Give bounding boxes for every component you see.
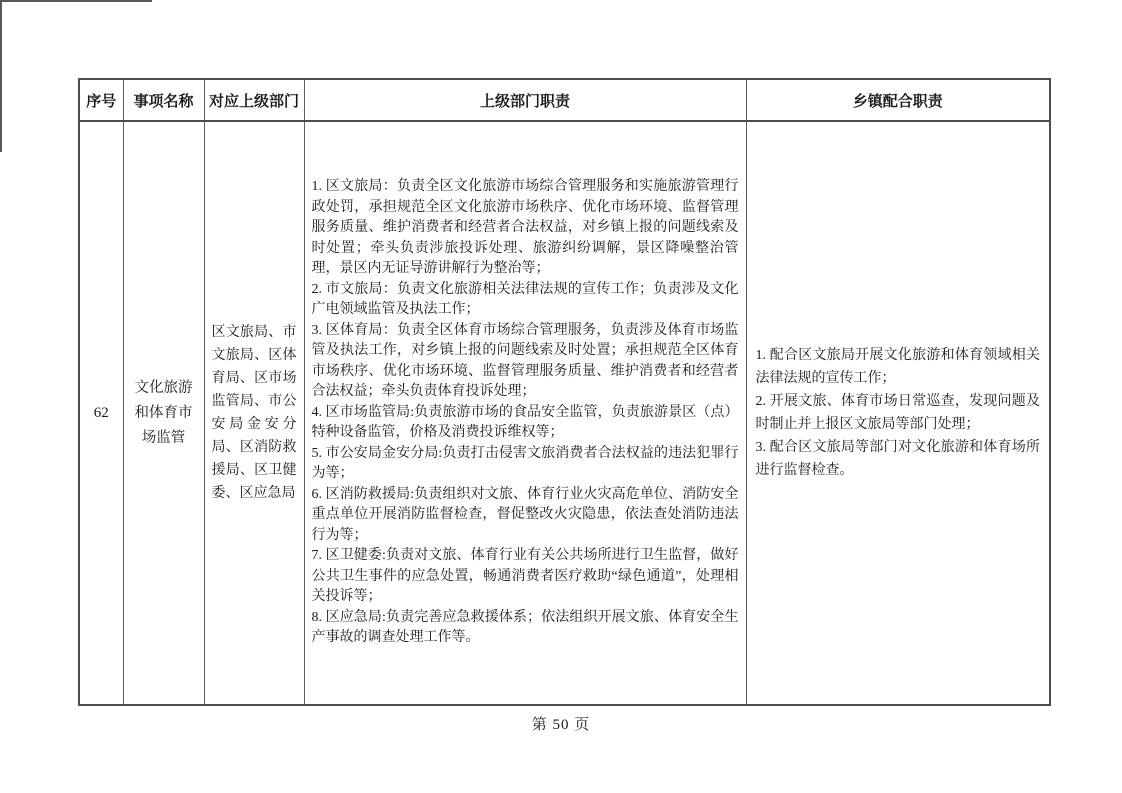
- duty-item: 5. 市公安局金安分局:负责打击侵害文旅消费者合法权益的违法犯罪行为等；: [312, 444, 739, 485]
- cell-item-name: 文化旅游和体育市场监管: [123, 121, 204, 705]
- col-header-superior-duties: 上级部门职责: [304, 79, 746, 121]
- cell-serial-number: 62: [79, 121, 123, 705]
- cell-superior-duties: 1. 区文旅局：负责全区文化旅游市场综合管理服务和实施旅游管理行政处罚，承担规范…: [304, 121, 746, 705]
- col-header-item-name: 事项名称: [123, 79, 204, 121]
- duty-item: 8. 区应急局:负责完善应急救援体系；依法组织开展文旅、体育安全生产事故的调查处…: [312, 608, 739, 649]
- duty-item: 7. 区卫健委:负责对文旅、体育行业有关公共场所进行卫生监督，做好公共卫生事件的…: [312, 546, 739, 608]
- duty-item: 2. 开展文旅、体育市场日常巡查，发现问题及时制止并上报区文旅局等部门处理；: [756, 390, 1041, 436]
- cell-township-duties: 1. 配合区文旅局开展文化旅游和体育领域相关法律法规的宣传工作；2. 开展文旅、…: [746, 121, 1050, 705]
- duty-item: 1. 配合区文旅局开展文化旅游和体育领域相关法律法规的宣传工作；: [756, 344, 1041, 390]
- duty-item: 2. 市文旅局：负责文化旅游相关法律法规的宣传工作；负责涉及文化广电领域监管及执…: [312, 280, 739, 321]
- duty-item: 3. 区体育局：负责全区体育市场综合管理服务，负责涉及体育市场监管及执法工作，对…: [312, 321, 739, 403]
- page-number-footer: 第 50 页: [0, 713, 1122, 734]
- duty-item: 1. 区文旅局：负责全区文化旅游市场综合管理服务和实施旅游管理行政处罚，承担规范…: [312, 177, 739, 280]
- col-header-serial: 序号: [79, 79, 123, 121]
- responsibility-table: 序号 事项名称 对应上级部门 上级部门职责 乡镇配合职责 62 文化旅游和体育市…: [78, 78, 1051, 706]
- duty-item: 3. 配合区文旅局等部门对文化旅游和体育场所进行监督检查。: [756, 436, 1041, 482]
- cell-superior-departments: 区文旅局、市文旅局、区体育局、区市场监管局、市公安局金安分局、区消防救援局、区卫…: [204, 121, 304, 705]
- table-header-row: 序号 事项名称 对应上级部门 上级部门职责 乡镇配合职责: [79, 79, 1050, 121]
- col-header-superior-departments: 对应上级部门: [204, 79, 304, 121]
- duty-item: 6. 区消防救援局:负责组织对文旅、体育行业火灾高危单位、消防安全重点单位开展消…: [312, 485, 739, 547]
- duty-item: 4. 区市场监管局:负责旅游市场的食品安全监管，负责旅游景区（点）特种设备监管，…: [312, 403, 739, 444]
- table-row: 62 文化旅游和体育市场监管 区文旅局、市文旅局、区体育局、区市场监管局、市公安…: [79, 121, 1050, 705]
- col-header-township-duties: 乡镇配合职责: [746, 79, 1050, 121]
